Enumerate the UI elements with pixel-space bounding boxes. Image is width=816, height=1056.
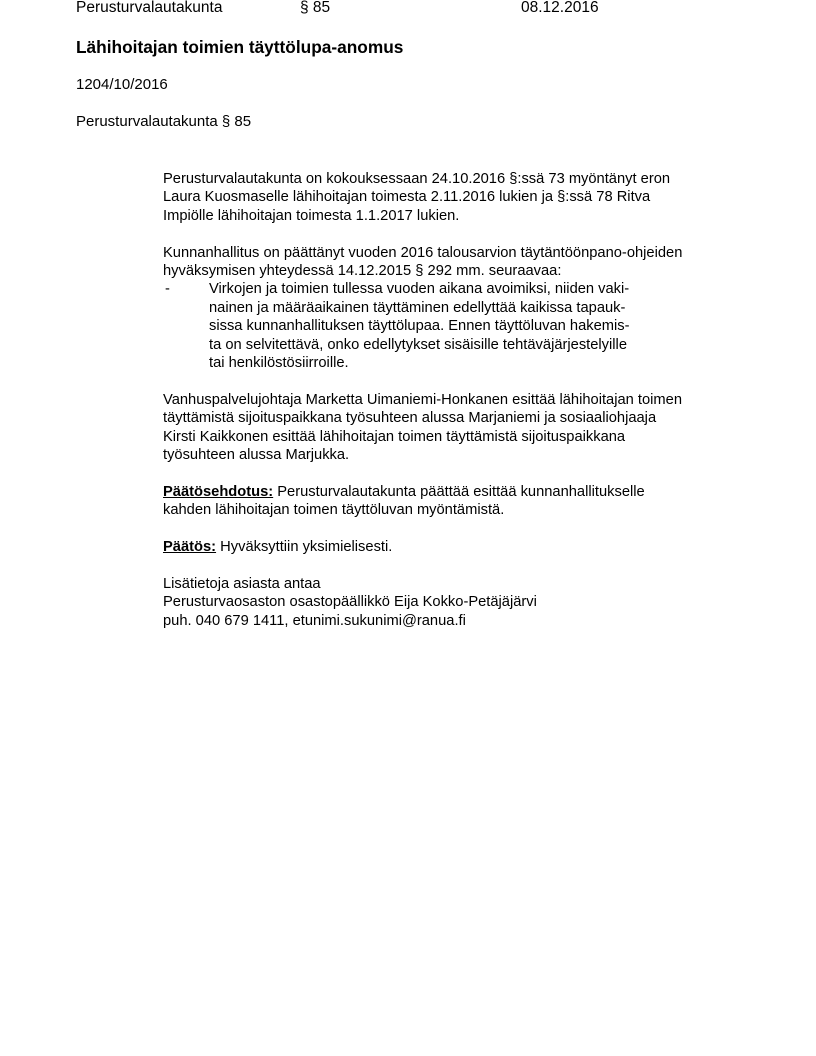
document-header: Perusturvalautakunta § 85 08.12.2016 (76, 0, 676, 18)
contact-intro: Lisätietoja asiasta antaa (163, 575, 743, 593)
proposal-line: Päätösehdotus: Perusturvalautakunta päät… (163, 483, 743, 501)
header-body-name: Perusturvalautakunta (76, 0, 222, 18)
text-line: Vanhuspalvelujohtaja Marketta Uimaniemi-… (163, 391, 743, 409)
paragraph-resignations: Perusturvalautakunta on kokouksessaan 24… (163, 170, 743, 225)
contact-details: puh. 040 679 1411, etunimi.sukunimi@ranu… (163, 612, 743, 630)
proposal-text-line: kahden lähihoitajan toimen täyttöluvan m… (163, 501, 743, 519)
proposal-label: Päätösehdotus: (163, 484, 273, 500)
proposal-text: Perusturvalautakunta päättää esittää kun… (273, 484, 645, 500)
text-line: Perusturvalautakunta on kokouksessaan 24… (163, 170, 743, 188)
text-line: hyväksymisen yhteydessä 14.12.2015 § 292… (163, 262, 743, 280)
text-line: nainen ja määräaikainen täyttäminen edel… (209, 299, 743, 317)
meeting-reference: Perusturvalautakunta § 85 (76, 113, 251, 131)
text-line: ta on selvitettävä, onko edellytykset si… (209, 336, 743, 354)
document-body: Perusturvalautakunta on kokouksessaan 24… (163, 170, 743, 630)
text-line: tai henkilöstösiirroille. (209, 354, 743, 372)
list-item: - Virkojen ja toimien tullessa vuoden ai… (163, 280, 743, 372)
header-date: 08.12.2016 (521, 0, 599, 18)
rule-list: - Virkojen ja toimien tullessa vuoden ai… (163, 280, 743, 372)
contact-person: Perusturvaosaston osastopäällikkö Eija K… (163, 593, 743, 611)
dash-bullet-icon: - (165, 280, 170, 298)
text-line: Virkojen ja toimien tullessa vuoden aika… (209, 280, 743, 298)
decision: Päätös: Hyväksyttiin yksimielisesti. (163, 538, 743, 556)
text-line: täyttämistä sijoituspaikkana työsuhteen … (163, 409, 743, 427)
paragraph-proposals: Vanhuspalvelujohtaja Marketta Uimaniemi-… (163, 391, 743, 465)
text-line: Impiölle lähihoitajan toimesta 1.1.2017 … (163, 207, 743, 225)
decision-label: Päätös: (163, 539, 216, 555)
contact-info: Lisätietoja asiasta antaa Perusturvaosas… (163, 575, 743, 630)
decision-text: Hyväksyttiin yksimielisesti. (216, 539, 392, 555)
document-title: Lähihoitajan toimien täyttölupa-anomus (76, 36, 403, 58)
case-number: 1204/10/2016 (76, 76, 168, 94)
text-line: Kirsti Kaikkonen esittää lähihoitajan to… (163, 428, 743, 446)
text-line: Kunnanhallitus on päättänyt vuoden 2016 … (163, 244, 743, 262)
header-section-number: § 85 (300, 0, 330, 18)
decision-proposal: Päätösehdotus: Perusturvalautakunta päät… (163, 483, 743, 520)
paragraph-council-rule: Kunnanhallitus on päättänyt vuoden 2016 … (163, 244, 743, 373)
text-line: sissa kunnanhallituksen täyttölupaa. Enn… (209, 317, 743, 335)
text-line: työsuhteen alussa Marjukka. (163, 446, 743, 464)
text-line: Laura Kuosmaselle lähihoitajan toimesta … (163, 188, 743, 206)
